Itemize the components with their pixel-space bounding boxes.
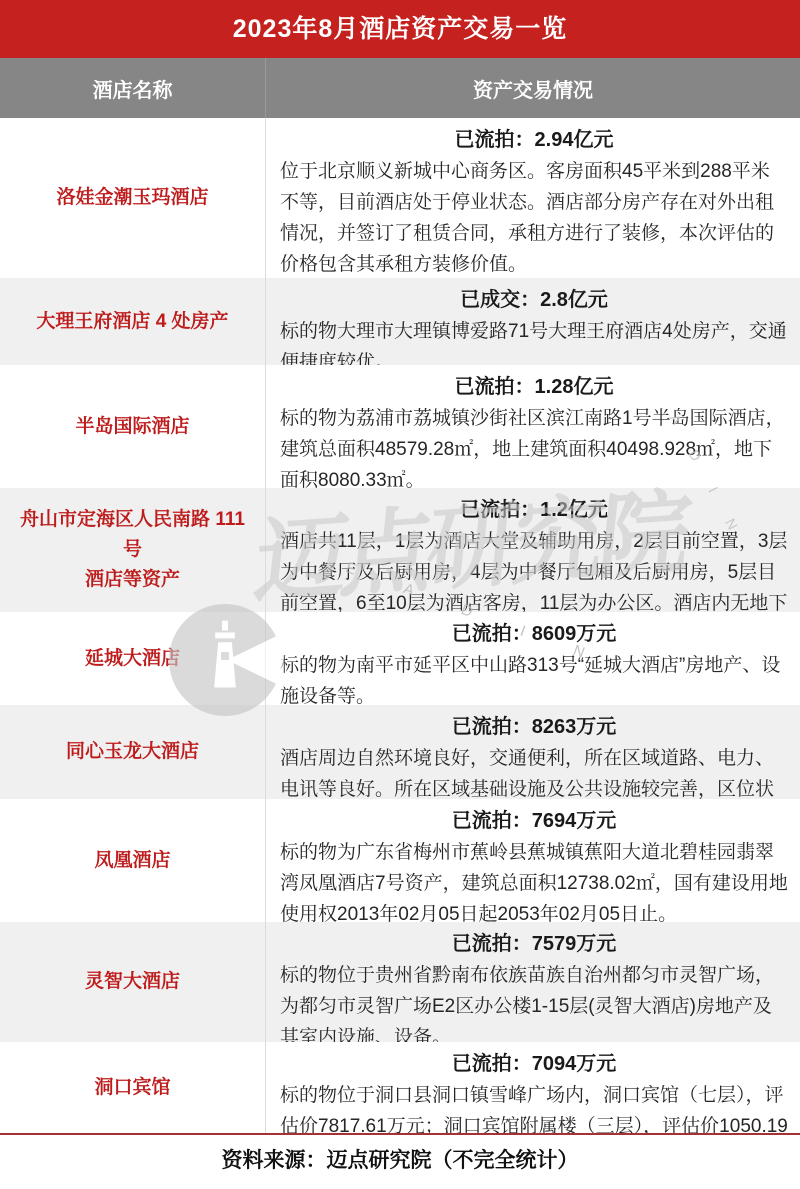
transaction-description: 位于北京顺义新城中心商务区。客房面积45平米到288平米不等，目前酒店处于停业状… — [280, 156, 788, 278]
hotel-name: 洛娃金潮玉玛酒店 — [0, 118, 266, 278]
table-row: 半岛国际酒店 已流拍：1.28亿元 标的物为荔浦市荔城镇沙街社区滨江南路1号半岛… — [0, 365, 800, 488]
transaction-description: 酒店共11层，1层为酒店大堂及辅助用房，2层目前空置，3层为中餐厅及后厨用房，4… — [280, 526, 788, 612]
transaction-description: 标的物为荔浦市荔城镇沙街社区滨江南路1号半岛国际酒店，建筑总面积48579.28… — [280, 403, 788, 488]
transaction-cell: 已流拍：8263万元 酒店周边自然环境良好，交通便利，所在区域道路、电力、电讯等… — [266, 705, 800, 799]
transaction-status: 已成交：2.8亿元 — [280, 285, 788, 316]
column-header-hotel-name: 酒店名称 — [0, 58, 266, 118]
transaction-status: 已流拍：1.2亿元 — [280, 495, 788, 526]
data-source-note: 资料来源：迈点研究院（不完全统计） — [0, 1135, 800, 1189]
transaction-description: 标的物为南平市延平区中山路313号“延城大酒店”房地产、设施设备等。 — [280, 650, 788, 705]
transaction-status: 已流拍：8263万元 — [280, 712, 788, 743]
transaction-cell: 已流拍：7694万元 标的物为广东省梅州市蕉岭县蕉城镇蕉阳大道北碧桂园翡翠湾凤凰… — [266, 799, 800, 922]
transaction-status: 已流拍：7694万元 — [280, 806, 788, 837]
hotel-name: 延城大酒店 — [0, 612, 266, 705]
transaction-description: 酒店周边自然环境良好，交通便利，所在区域道路、电力、电讯等良好。所在区域基础设施… — [280, 743, 788, 799]
hotel-name: 同心玉龙大酒店 — [0, 705, 266, 799]
table-header-row: 酒店名称 资产交易情况 — [0, 58, 800, 118]
transaction-cell: 已流拍：8609万元 标的物为南平市延平区中山路313号“延城大酒店”房地产、设… — [266, 612, 800, 705]
table-row: 灵智大酒店 已流拍：7579万元 标的物位于贵州省黔南布依族苗族自治州都匀市灵智… — [0, 922, 800, 1042]
transaction-cell: 已流拍：7579万元 标的物位于贵州省黔南布依族苗族自治州都匀市灵智广场，为都匀… — [266, 922, 800, 1042]
column-header-transaction: 资产交易情况 — [266, 58, 800, 118]
transaction-status: 已流拍：7094万元 — [280, 1049, 788, 1080]
transaction-status: 已流拍：8609万元 — [280, 619, 788, 650]
hotel-name: 凤凰酒店 — [0, 799, 266, 922]
transaction-cell: 已流拍：1.2亿元 酒店共11层，1层为酒店大堂及辅助用房，2层目前空置，3层为… — [266, 488, 800, 612]
hotel-name: 洞口宾馆 — [0, 1042, 266, 1133]
transaction-description: 标的物为广东省梅州市蕉岭县蕉城镇蕉阳大道北碧桂园翡翠湾凤凰酒店7号资产，建筑总面… — [280, 837, 788, 922]
transaction-status: 已流拍：1.28亿元 — [280, 372, 788, 403]
transaction-cell: 已流拍：2.94亿元 位于北京顺义新城中心商务区。客房面积45平米到288平米不… — [266, 118, 800, 278]
transaction-status: 已流拍：7579万元 — [280, 929, 788, 960]
table-body: 洛娃金潮玉玛酒店 已流拍：2.94亿元 位于北京顺义新城中心商务区。客房面积45… — [0, 118, 800, 1133]
hotel-name: 舟山市定海区人民南路 111 号 酒店等资产 — [0, 488, 266, 612]
transaction-cell: 已成交：2.8亿元 标的物大理市大理镇博爱路71号大理王府酒店4处房产，交通便捷… — [266, 278, 800, 365]
table-row: 大理王府酒店 4 处房产 已成交：2.8亿元 标的物大理市大理镇博爱路71号大理… — [0, 278, 800, 365]
transaction-description: 标的物位于洞口县洞口镇雪峰广场内，洞口宾馆（七层），评估价7817.61万元；洞… — [280, 1080, 788, 1133]
transaction-status: 已流拍：2.94亿元 — [280, 125, 788, 156]
page-title: 2023年8月酒店资产交易一览 — [0, 0, 800, 58]
transaction-description: 标的物大理市大理镇博爱路71号大理王府酒店4处房产，交通便捷度较优。 — [280, 316, 788, 365]
table-row: 舟山市定海区人民南路 111 号 酒店等资产 已流拍：1.2亿元 酒店共11层，… — [0, 488, 800, 612]
table-row: 同心玉龙大酒店 已流拍：8263万元 酒店周边自然环境良好，交通便利，所在区域道… — [0, 705, 800, 799]
hotel-name: 灵智大酒店 — [0, 922, 266, 1042]
hotel-name: 大理王府酒店 4 处房产 — [0, 278, 266, 365]
table-row: 洛娃金潮玉玛酒店 已流拍：2.94亿元 位于北京顺义新城中心商务区。客房面积45… — [0, 118, 800, 278]
table-row: 洞口宾馆 已流拍：7094万元 标的物位于洞口县洞口镇雪峰广场内，洞口宾馆（七层… — [0, 1042, 800, 1133]
hotel-name: 半岛国际酒店 — [0, 365, 266, 488]
hotel-asset-transactions-infographic: 2023年8月酒店资产交易一览 酒店名称 资产交易情况 洛娃金潮玉玛酒店 已流拍… — [0, 0, 800, 1189]
transaction-cell: 已流拍：7094万元 标的物位于洞口县洞口镇雪峰广场内，洞口宾馆（七层），评估价… — [266, 1042, 800, 1133]
transaction-cell: 已流拍：1.28亿元 标的物为荔浦市荔城镇沙街社区滨江南路1号半岛国际酒店，建筑… — [266, 365, 800, 488]
table-row: 延城大酒店 已流拍：8609万元 标的物为南平市延平区中山路313号“延城大酒店… — [0, 612, 800, 705]
transaction-description: 标的物位于贵州省黔南布依族苗族自治州都匀市灵智广场，为都匀市灵智广场E2区办公楼… — [280, 960, 788, 1042]
table-row: 凤凰酒店 已流拍：7694万元 标的物为广东省梅州市蕉岭县蕉城镇蕉阳大道北碧桂园… — [0, 799, 800, 922]
